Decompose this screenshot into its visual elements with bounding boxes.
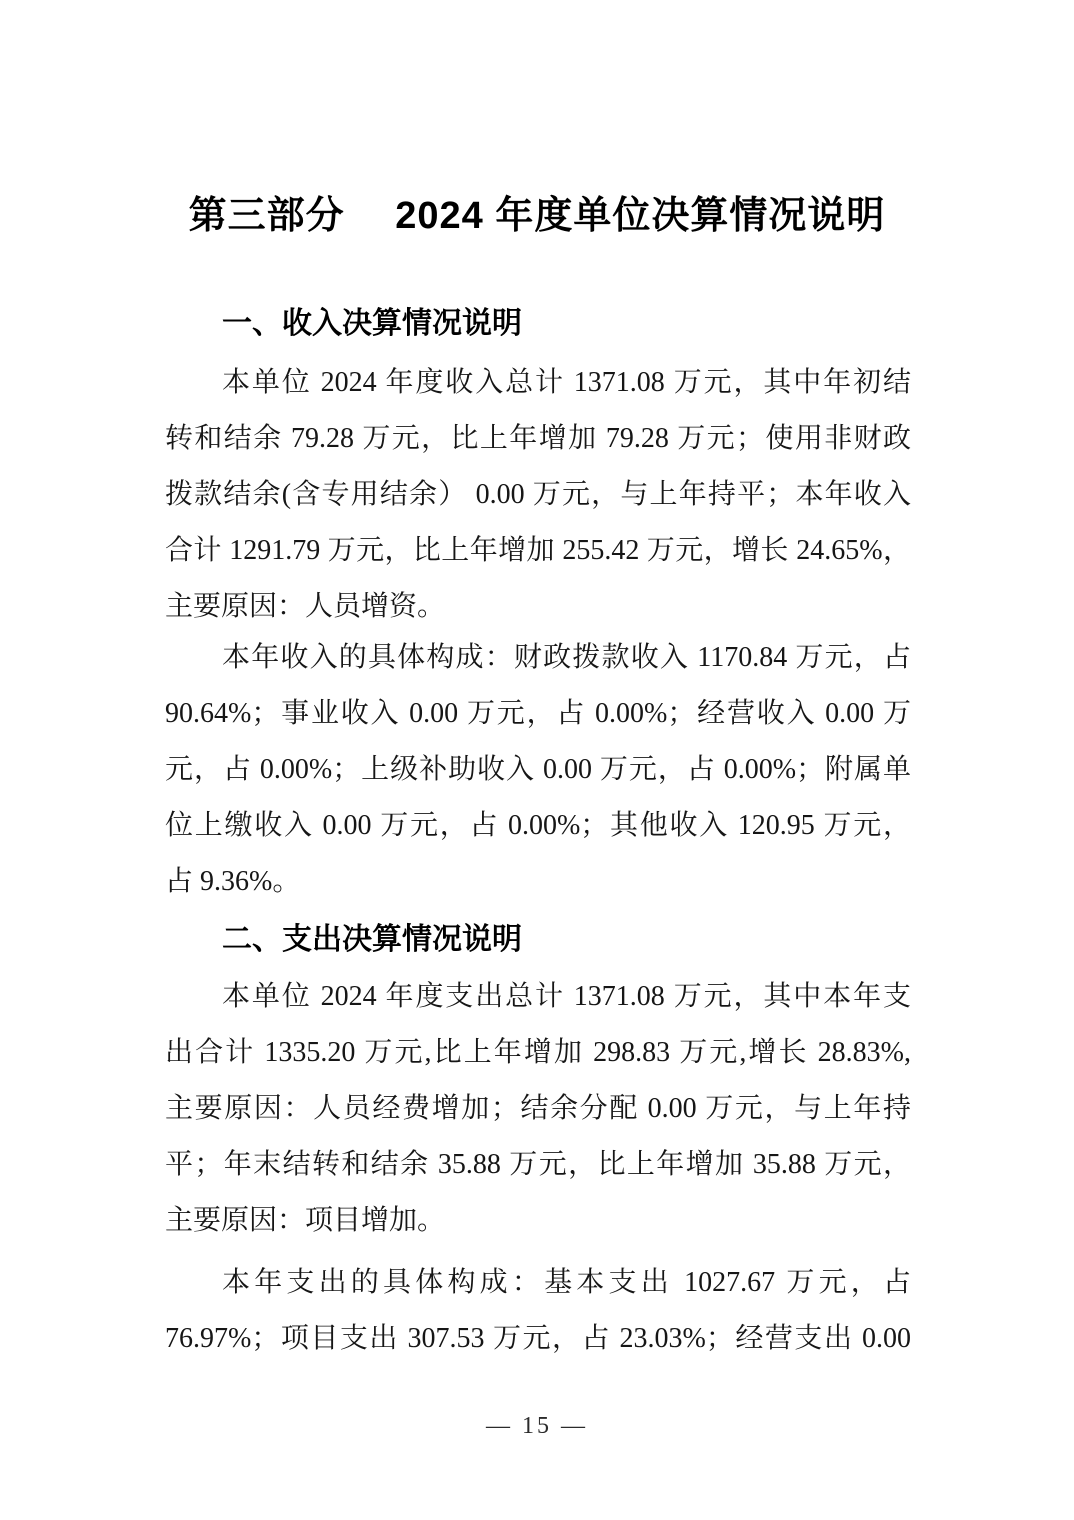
paragraph: 本单位 2024 年度收入总计 1371.08 万元，其中年初结转和结余 79.…	[165, 355, 911, 635]
paragraph: 本年收入的具体构成：财政拨款收入 1170.84 万元，占90.64%；事业收入…	[165, 630, 911, 910]
body-line: 本年收入的具体构成：财政拨款收入 1170.84 万元，占	[165, 630, 911, 686]
body-line: 转和结余 79.28 万元，比上年增加 79.28 万元；使用非财政	[165, 411, 911, 467]
body-line: 平；年末结转和结余 35.88 万元，比上年增加 35.88 万元，	[165, 1137, 911, 1193]
body-line: 出合计 1335.20 万元,比上年增加 298.83 万元,增长 28.83%…	[165, 1025, 911, 1081]
body-line: 本年支出的具体构成：基本支出 1027.67 万元，占	[165, 1255, 911, 1311]
body-line: 元，占 0.00%；上级补助收入 0.00 万元，占 0.00%；附属单	[165, 742, 911, 798]
paragraph: 本单位 2024 年度支出总计 1371.08 万元，其中本年支出合计 1335…	[165, 969, 911, 1249]
document-body: 一、收入决算情况说明本单位 2024 年度收入总计 1371.08 万元，其中年…	[165, 0, 911, 1520]
body-line: 本单位 2024 年度支出总计 1371.08 万元，其中本年支	[165, 969, 911, 1025]
body-line: 合计 1291.79 万元，比上年增加 255.42 万元，增长 24.65%，	[165, 523, 911, 579]
body-line: 占 9.36%。	[165, 854, 911, 910]
body-line: 本单位 2024 年度收入总计 1371.08 万元，其中年初结	[165, 355, 911, 411]
document-page: 第三部分 2024 年度单位决算情况说明 一、收入决算情况说明本单位 2024 …	[0, 0, 1074, 1520]
body-line: 90.64%；事业收入 0.00 万元，占 0.00%；经营收入 0.00 万	[165, 686, 911, 742]
page-number: — 15 —	[486, 1413, 588, 1439]
body-line: 位上缴收入 0.00 万元，占 0.00%；其他收入 120.95 万元，	[165, 798, 911, 854]
body-line: 主要原因：项目增加。	[165, 1193, 911, 1249]
body-line: 主要原因：人员增资。	[165, 579, 911, 635]
section-heading: 二、支出决算情况说明	[165, 912, 911, 968]
body-line: 主要原因：人员经费增加；结余分配 0.00 万元，与上年持	[165, 1081, 911, 1137]
body-line: 76.97%；项目支出 307.53 万元，占 23.03%；经营支出 0.00	[165, 1311, 911, 1367]
page-footer: — 15 —	[0, 1398, 1074, 1454]
paragraph: 本年支出的具体构成：基本支出 1027.67 万元，占76.97%；项目支出 3…	[165, 1255, 911, 1367]
body-line: 拨款结余(含专用结余） 0.00 万元，与上年持平；本年收入	[165, 467, 911, 523]
section-heading: 一、收入决算情况说明	[165, 296, 911, 352]
